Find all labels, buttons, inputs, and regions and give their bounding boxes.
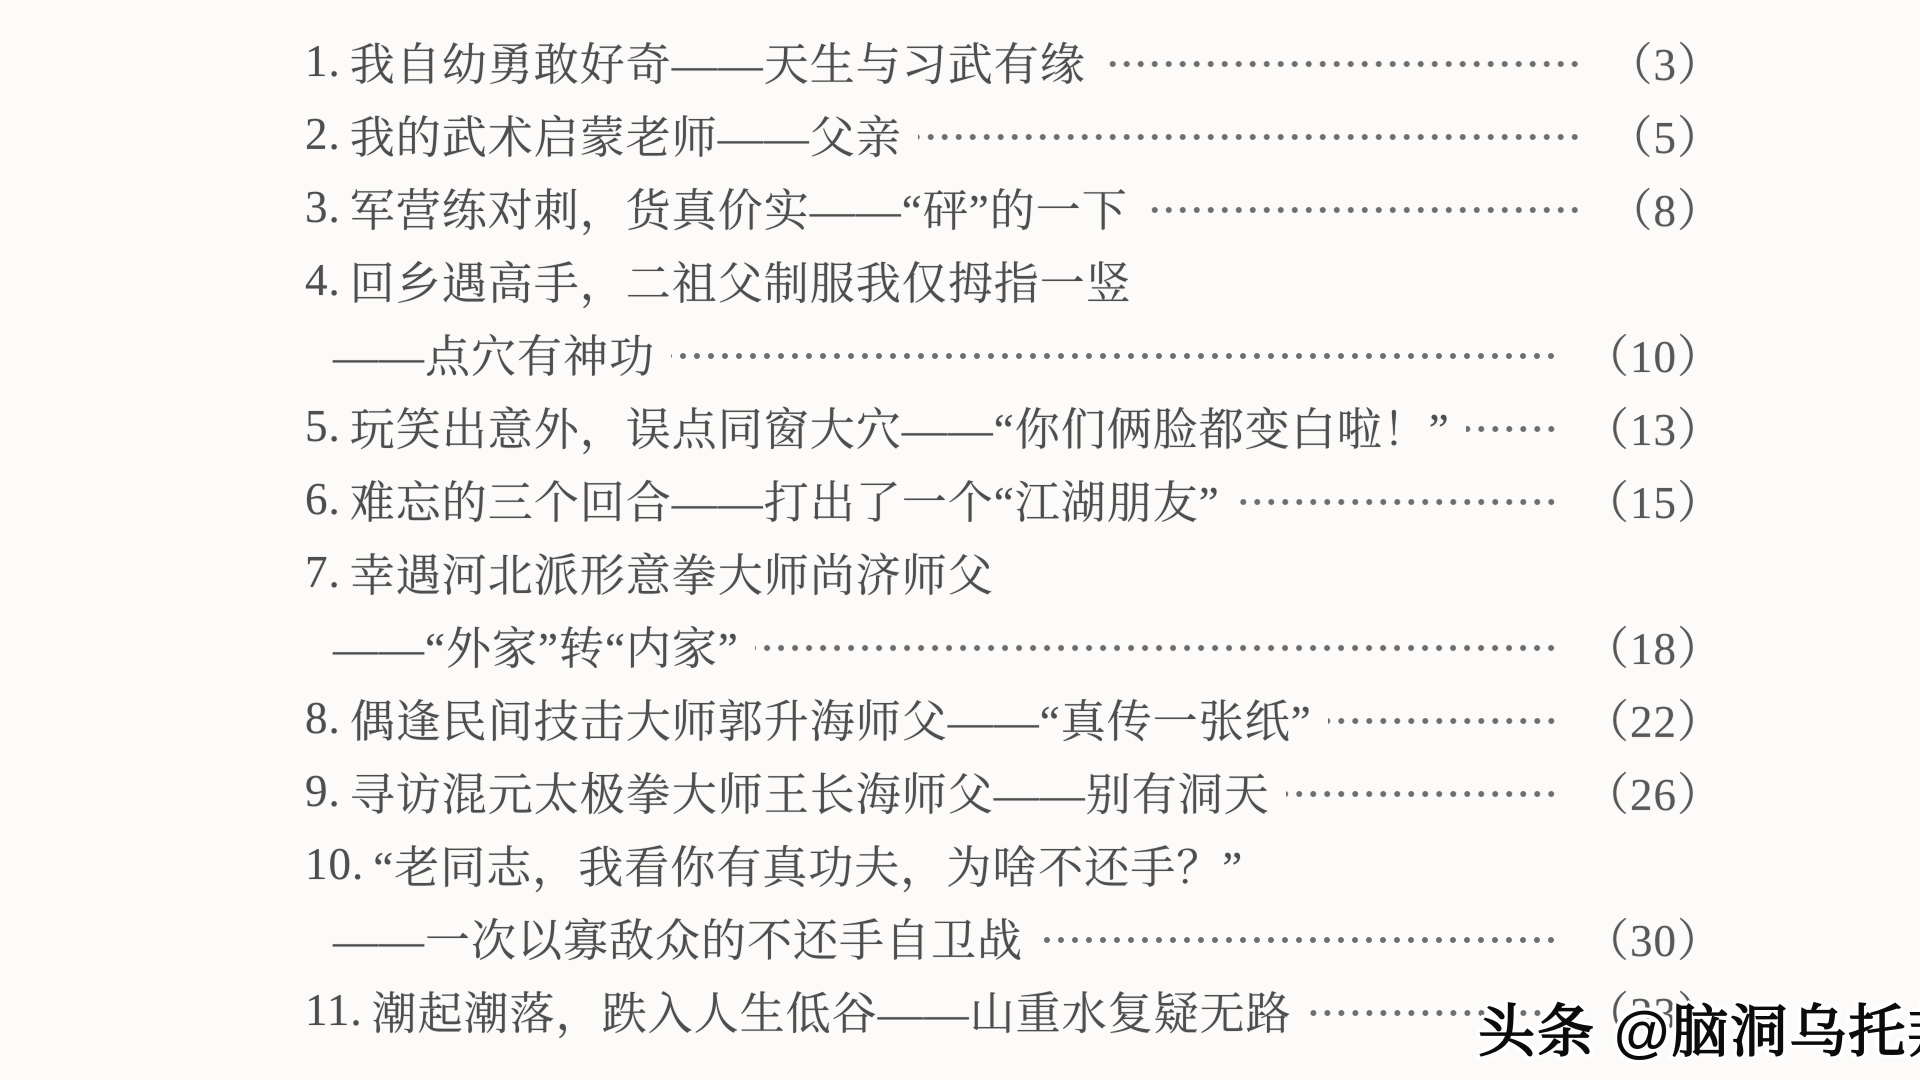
table-of-contents: 1.我自幼勇敢好奇——天生与习武有缘 （3） 2.我的武术启蒙老师——父亲 （5…	[0, 24, 1920, 1046]
page-number: （13）	[1584, 393, 1723, 458]
toc-row: 7.幸遇河北派形意拳大师尚济师父	[0, 535, 1920, 608]
toc-item-number: 10.	[305, 838, 364, 890]
toc-row-continuation: ——点穴有神功 （10）	[0, 316, 1920, 389]
toc-row: 5.玩笑出意外，误点同窗大穴——“你们俩脸都变白啦！” （13）	[0, 389, 1920, 462]
toc-item-number: 6.	[305, 473, 341, 525]
toc-item-number: 5.	[305, 400, 341, 452]
toc-item-number: 4.	[305, 254, 341, 306]
leader-dots	[1236, 498, 1558, 506]
page-number: （10）	[1584, 320, 1723, 385]
leader-dots	[1039, 936, 1558, 944]
leader-dots	[755, 644, 1558, 652]
toc-item-number: 3.	[305, 181, 341, 233]
toc-item-title: 偶逢民间技击大师郭升海师父——“真传一张纸”	[350, 685, 1312, 750]
leader-dots	[1144, 206, 1582, 214]
toc-row: 2.我的武术启蒙老师——父亲 （5）	[0, 97, 1920, 170]
toc-item-title: 我的武术启蒙老师——父亲	[350, 101, 902, 166]
toc-item-title: 难忘的三个回合——打出了一个“江湖朋友”	[350, 466, 1220, 531]
toc-row: 4.回乡遇高手，二祖父制服我仅拇指一竖	[0, 243, 1920, 316]
toc-item-title: 我自幼勇敢好奇——天生与习武有缘	[350, 28, 1086, 93]
page-number: （30）	[1584, 904, 1723, 969]
page-number: （3）	[1607, 28, 1723, 93]
toc-item-title: 幸遇河北派形意拳大师尚济师父	[350, 539, 994, 604]
toc-item-subtitle: ——点穴有神功	[333, 320, 655, 385]
leader-dots	[918, 133, 1582, 141]
toc-item-number: 11.	[305, 984, 363, 1036]
toutiao-watermark: 头条 @脑洞乌托邦	[1478, 986, 1920, 1068]
toc-item-title: 玩笑出意外，误点同窗大穴——“你们俩脸都变白啦！”	[350, 393, 1450, 458]
toc-item-number: 2.	[305, 108, 341, 160]
toc-row: 3.军营练对刺，货真价实——“砰”的一下 （8）	[0, 170, 1920, 243]
toc-row-continuation: ——“外家”转“内家” （18）	[0, 608, 1920, 681]
leader-dots	[671, 352, 1558, 360]
toc-row: 8.偶逢民间技击大师郭升海师父——“真传一张纸” （22）	[0, 681, 1920, 754]
leader-dots	[1102, 60, 1582, 68]
leader-dots	[1286, 790, 1558, 798]
toc-item-number: 1.	[305, 35, 341, 87]
page-number: （15）	[1584, 466, 1723, 531]
leader-dots	[1466, 425, 1558, 433]
toc-row-continuation: ——一次以寡敌众的不还手自卫战 （30）	[0, 900, 1920, 973]
toc-item-subtitle: ——“外家”转“内家”	[333, 612, 739, 677]
scanned-book-page: 1.我自幼勇敢好奇——天生与习武有缘 （3） 2.我的武术启蒙老师——父亲 （5…	[0, 0, 1920, 1080]
page-number: （26）	[1584, 758, 1723, 823]
toc-row: 9.寻访混元太极拳大师王长海师父——别有洞天 （26）	[0, 754, 1920, 827]
toc-item-title: “老同志，我看你有真功夫，为啥不还手？”	[373, 831, 1243, 896]
toc-item-title: 回乡遇高手，二祖父制服我仅拇指一竖	[350, 247, 1132, 312]
toc-row: 6.难忘的三个回合——打出了一个“江湖朋友” （15）	[0, 462, 1920, 535]
toc-item-number: 8.	[305, 692, 341, 744]
toc-row: 10.“老同志，我看你有真功夫，为啥不还手？”	[0, 827, 1920, 900]
toc-item-subtitle: ——一次以寡敌众的不还手自卫战	[333, 904, 1023, 969]
page-number: （5）	[1607, 101, 1723, 166]
page-number: （18）	[1584, 612, 1723, 677]
toc-item-title: 潮起潮落，跌入人生低谷——山重水复疑无路	[372, 977, 1292, 1042]
toc-item-number: 7.	[305, 546, 341, 598]
toc-item-number: 9.	[305, 765, 341, 817]
toc-row: 1.我自幼勇敢好奇——天生与习武有缘 （3）	[0, 24, 1920, 97]
leader-dots	[1328, 717, 1558, 725]
page-number: （8）	[1607, 174, 1723, 239]
page-number: （22）	[1584, 685, 1723, 750]
toc-item-title: 寻访混元太极拳大师王长海师父——别有洞天	[350, 758, 1270, 823]
toc-item-title: 军营练对刺，货真价实——“砰”的一下	[350, 174, 1128, 239]
